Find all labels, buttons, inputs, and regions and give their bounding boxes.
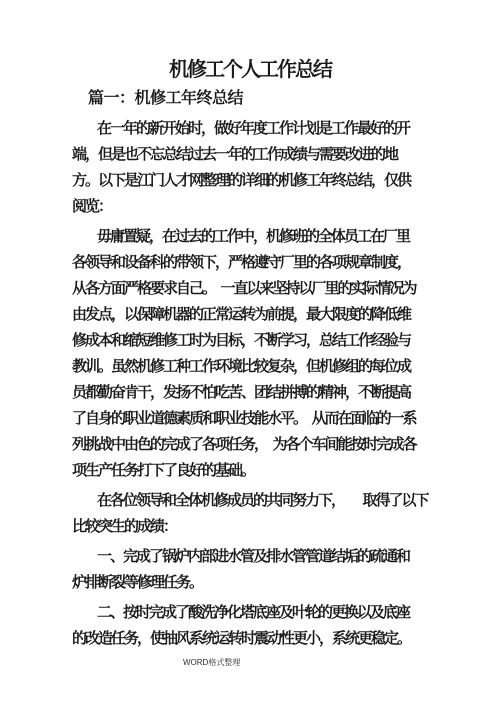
paragraph-achievement-item-2: 二、按时完成了酸洗净化塔底座及叶轮的更换以及底座 的改造任务，使抽风系统运转时震… — [72, 600, 490, 652]
document-title: 机修工个人工作总结 — [0, 0, 500, 86]
document-subtitle: 篇一：机修工年终总结 — [88, 86, 500, 112]
paragraph-achievement-item-1: 一、完成了锅炉内部进水管及排水管管道结垢的疏通和 炉排断裂等修理任务。 — [72, 544, 490, 596]
page-footer-watermark: WORD格式整理 — [183, 657, 240, 668]
paragraph-achievements-lead: 在各位领导和全体机修成员的共同努力下， 取得了以下 比较突生的成绩： — [72, 488, 490, 540]
document-body: 在一年的新开始时，做好年度工作计划是工作最好的开 端，但是也不忘总结过去一年的工… — [0, 116, 500, 652]
document-page: 机修工个人工作总结 篇一：机修工年终总结 在一年的新开始时，做好年度工作计划是工… — [0, 0, 500, 708]
paragraph-intro: 在一年的新开始时，做好年度工作计划是工作最好的开 端，但是也不忘总结过去一年的工… — [72, 116, 490, 220]
paragraph-overview: 毋庸置疑，在过去的工作中，机修班的全体员工在厂里 各领导和设备科的带领下，严格遵… — [72, 224, 490, 484]
